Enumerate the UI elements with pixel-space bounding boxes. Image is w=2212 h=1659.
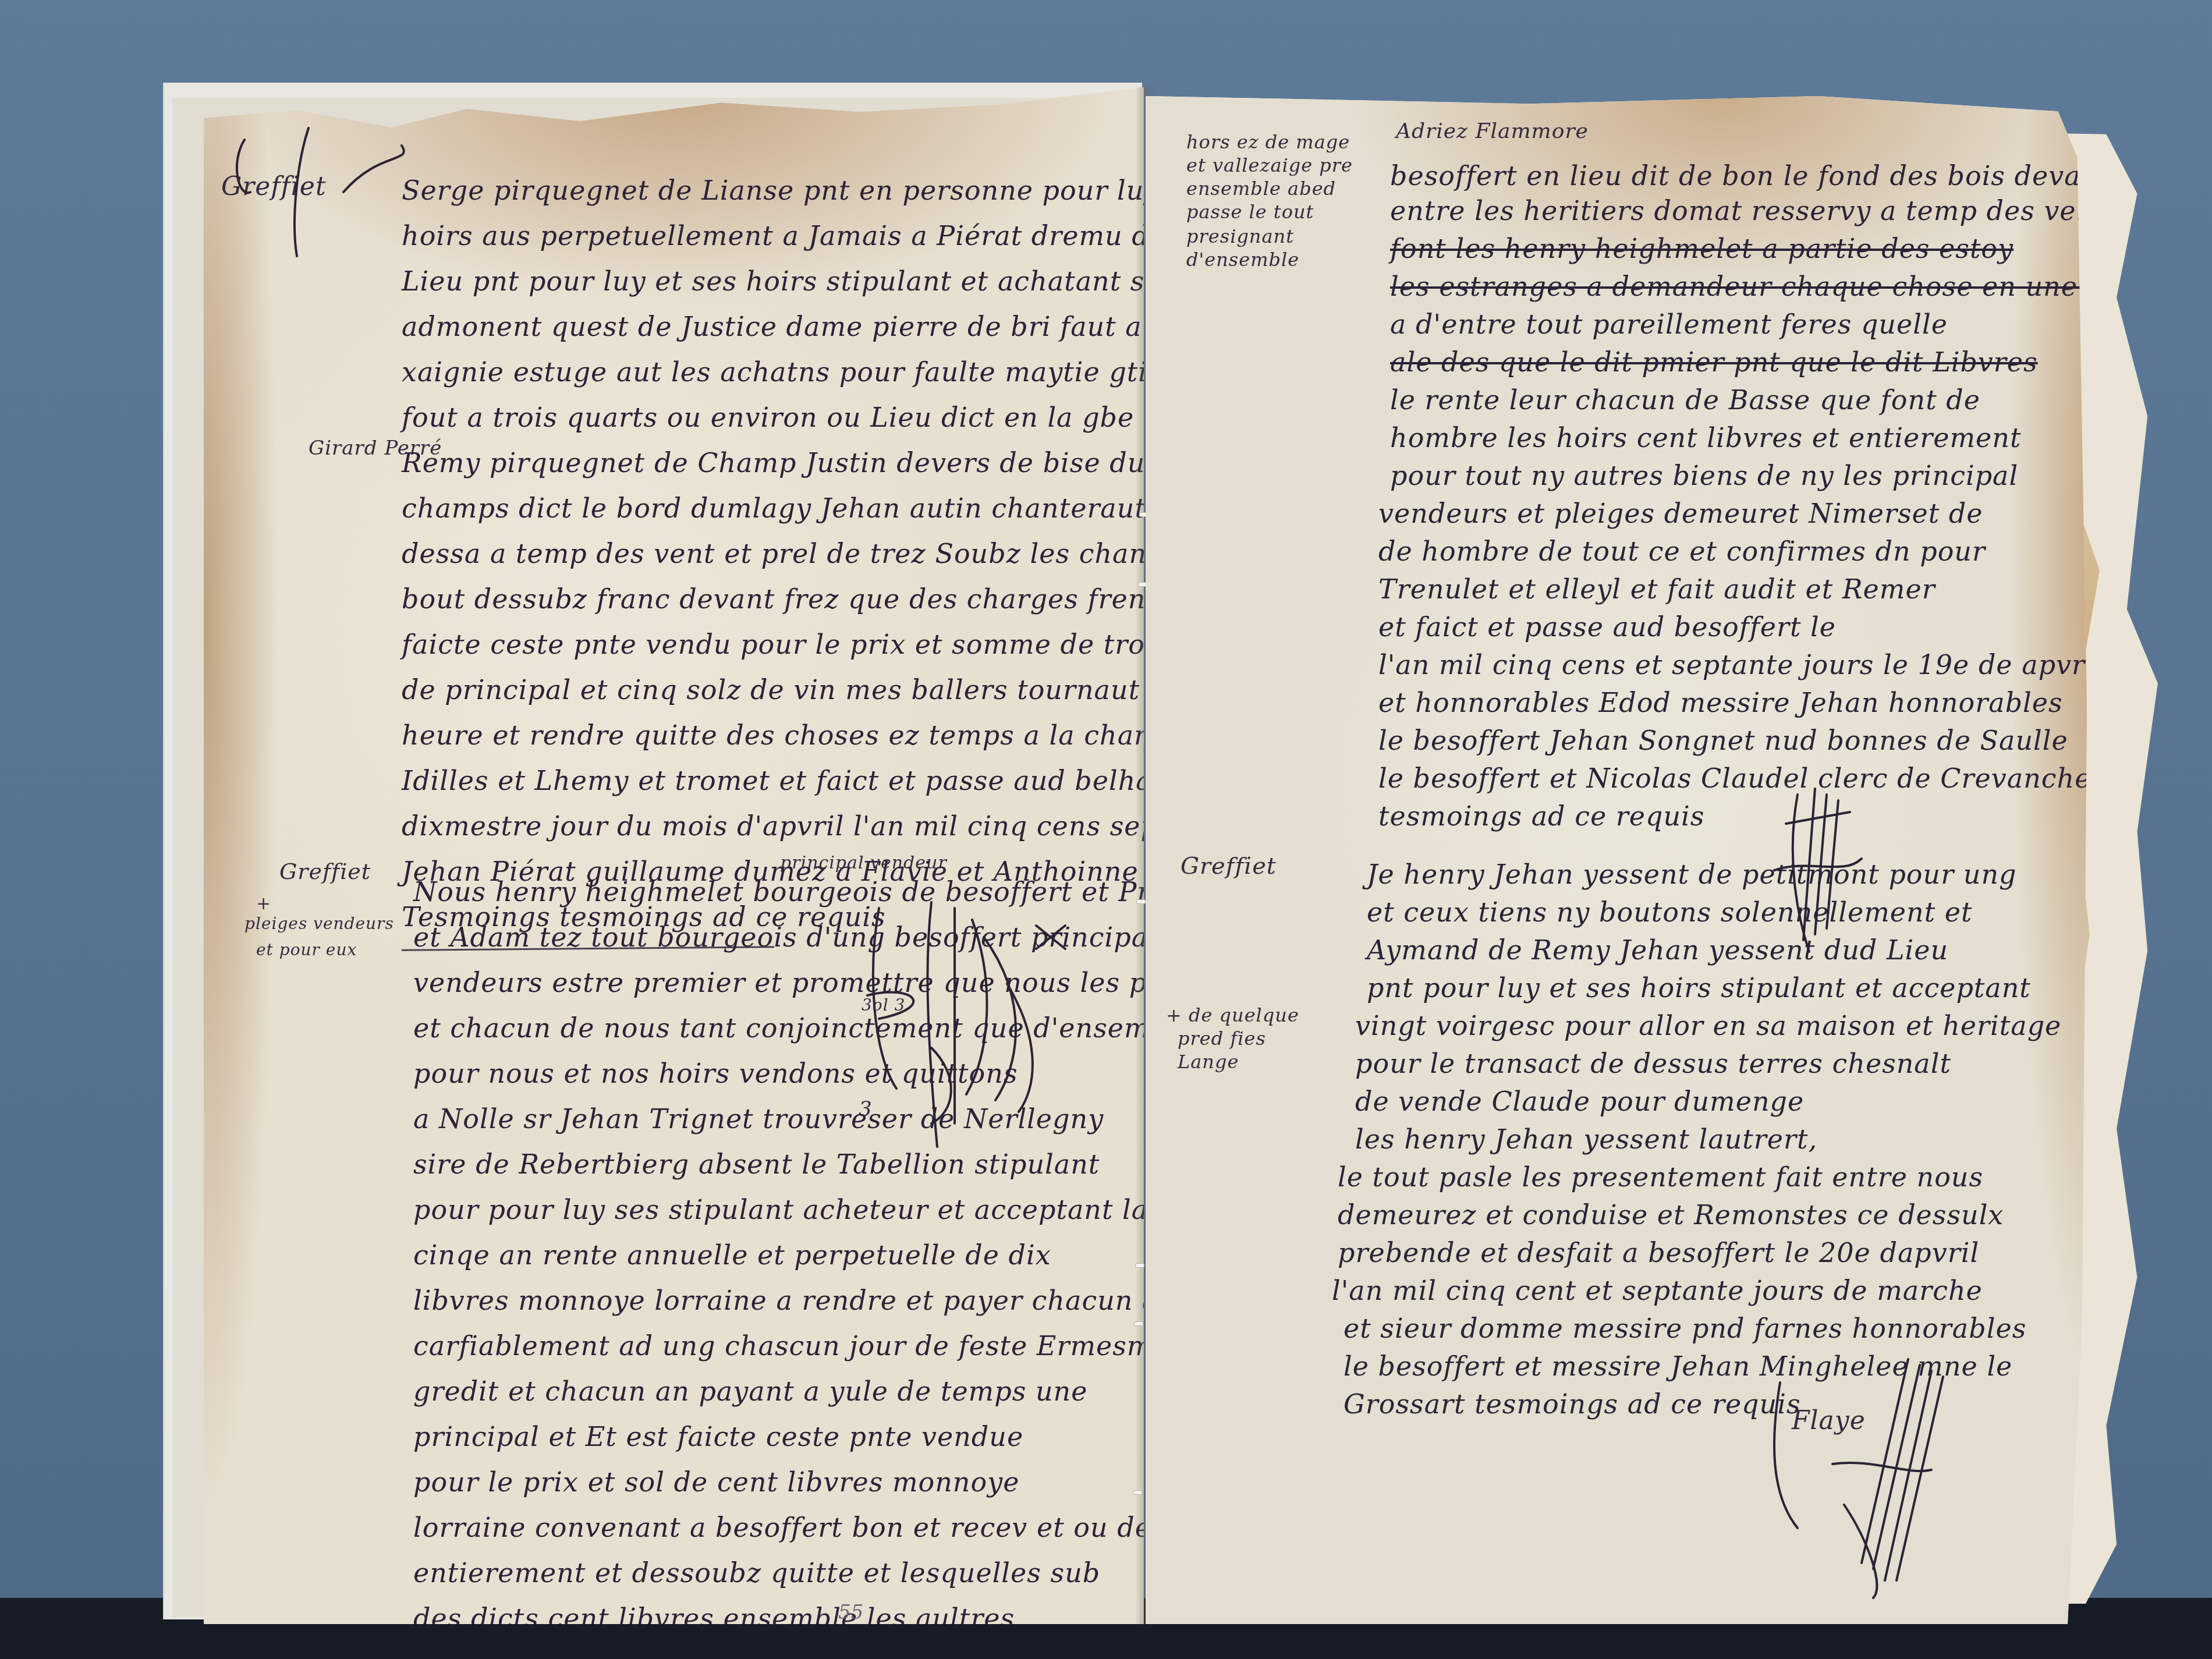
binding-stitch: [1133, 1490, 1142, 1495]
text-line: de principal et cinq solz de vin mes bal…: [402, 674, 1144, 706]
text-line: hoirs aus perpetuellement a Jamais a Pié…: [402, 220, 1144, 251]
text-line: le besoffert et Nicolas Claudel clerc de…: [1378, 763, 2091, 794]
margin-note: passe le tout: [1186, 201, 1314, 223]
text-line: Remy pirquegnet de Champ Justin devers d…: [402, 447, 1144, 478]
margin-note: hors ez de mage: [1186, 131, 1350, 153]
text-line: hombre les hoirs cent libvres et entiere…: [1390, 422, 2021, 453]
margin-flourish-icon: [227, 128, 402, 279]
text-line: admonent quest de Justice dame pierre de…: [402, 311, 1144, 342]
margin-greffiet-3: Greffiet: [1181, 853, 1277, 880]
folio-number: 55: [838, 1601, 863, 1624]
margin-note: d'ensemble: [1186, 249, 1299, 271]
left-page: Greffiet Girard Perré Serge pirquegnet d…: [204, 87, 1144, 1624]
text-line: tesmoings ad ce requis: [1378, 800, 1704, 832]
text-line: dixmestre jour du mois d'apvril l'an mil…: [402, 810, 1144, 842]
text-line: Serge pirquegnet de Lianse pnt en person…: [402, 175, 1144, 206]
text-line: sire de Rebertbierg absent le Tabellion …: [413, 1148, 1100, 1180]
binding-stitch: [1135, 1263, 1144, 1268]
margin-note-cross: +: [256, 894, 271, 914]
text-line: pour le prix et sol de cent libvres monn…: [413, 1466, 1019, 1498]
notary-signature-icon: [1757, 1359, 1943, 1604]
struck-line: les estranges a demandeur chaque chose e…: [1390, 271, 2106, 302]
struck-line: font les henry heighmelet a partie des e…: [1390, 233, 2014, 264]
text-line: principal et Et est faicte ceste pnte ve…: [413, 1421, 1023, 1452]
text-line: vingt voirgesc pour allor en sa maison e…: [1355, 1010, 2061, 1041]
text-line: le besoffert Jehan Songnet nud bonnes de…: [1378, 725, 2068, 756]
margin-note: Lange: [1178, 1051, 1239, 1073]
text-line: heure et rendre quitte des choses ez tem…: [402, 719, 1144, 751]
text-line: et faict et passe aud besoffert le: [1378, 611, 1836, 643]
text-line: le tout pasle les presentement fait entr…: [1338, 1161, 1983, 1193]
text-line: et sieur domme messire pnd farnes honnor…: [1343, 1313, 2026, 1344]
text-line: Nous henry heighmelet bourgeois de besof…: [413, 876, 1144, 908]
text-line: vendeurs et pleiges demeuret Nimerset de: [1378, 498, 1983, 529]
text-line: prebende et desfait a besoffert le 20e d…: [1338, 1237, 1979, 1268]
text-line: de hombre de tout ce et confirmes dn pou…: [1378, 536, 1986, 567]
text-line: carfiablement ad ung chascun jour de fes…: [413, 1330, 1144, 1362]
text-line: des dicts cent libvres ensemble les ault…: [413, 1603, 1015, 1624]
text-line: l'an mil cinq cens et septante jours le …: [1378, 649, 2103, 680]
binding-stitch: [1134, 1321, 1143, 1326]
text-line: pour tout ny autres biens de ny les prin…: [1390, 460, 2018, 491]
text-line: et ceux tiens ny boutons solennellement …: [1367, 896, 1972, 928]
margin-greffiet-2: Greffiet: [279, 859, 371, 884]
margin-note-pour-eux: et pour eux: [256, 940, 357, 959]
text-line: vendeurs estre premier et promettre que …: [413, 967, 1144, 998]
margin-note-pleiges: pleiges vendeurs: [244, 914, 394, 933]
right-page: hors ez de mage et vallezaige pre ensemb…: [1146, 96, 2106, 1624]
text-line: et honnorables Edod messire Jehan honnor…: [1378, 687, 2063, 718]
margin-note: pred fies: [1178, 1027, 1266, 1050]
text-line: Je henry Jehan yessent de petitmont pour…: [1367, 859, 2016, 890]
margin-note: presignant: [1186, 225, 1294, 247]
struck-line: ale des que le dit pmier pnt que le dit …: [1390, 346, 2038, 378]
text-line: faicte ceste pnte vendu pour le prix et …: [402, 629, 1144, 660]
margin-note: ensemble abed: [1186, 178, 1336, 200]
text-line: de vende Claude pour dumenge: [1355, 1086, 1804, 1117]
text-line: besoffert en lieu dit de bon le fond des…: [1390, 160, 2106, 192]
text-line: xaignie estuge aut les achatns pour faul…: [402, 356, 1144, 388]
text-line: gredit et chacun an payant a yule de tem…: [413, 1376, 1087, 1407]
text-line: lorraine convenant a besoffert bon et re…: [413, 1512, 1144, 1543]
text-line: cinqe an rente annuelle et perpetuelle d…: [413, 1239, 1051, 1271]
text-line: demeurez et conduise et Remonstes ce des…: [1338, 1199, 2004, 1231]
text-line: a Nolle sr Jehan Trignet trouvreser de N…: [413, 1103, 1104, 1135]
interlinear-note: principal vendeur: [780, 853, 947, 873]
text-line: les henry Jehan yessent lautrert,: [1355, 1123, 1817, 1155]
text-line: Lieu pnt pour luy et ses hoirs stipulant…: [402, 265, 1144, 297]
text-line: dessa a temp des vent et prel de trez So…: [402, 538, 1144, 569]
text-line: pour le transact de dessus terres chesna…: [1355, 1048, 1951, 1079]
entry-header: Adriez Flammore: [1396, 119, 1589, 143]
text-line: entre les heritiers domat resservy a tem…: [1390, 195, 2106, 226]
text-line: l'an mil cinq cent et septante jours de …: [1332, 1275, 1983, 1306]
text-line: pour nous et nos hoirs vendons et quitto…: [413, 1058, 1018, 1089]
text-line: pour pour luy ses stipulant acheteur et …: [413, 1194, 1144, 1225]
text-line: entierement et dessoubz quitte et lesque…: [413, 1557, 1100, 1589]
binding-stitch: [1136, 899, 1146, 904]
text-line: pnt pour luy et ses hoirs stipulant et a…: [1367, 972, 2031, 1004]
text-line: et chacun de nous tant conjoinctement qu…: [413, 1012, 1144, 1044]
text-line: Idilles et Lhemy et tromet et faict et p…: [402, 765, 1144, 796]
text-line: le rente leur chacun de Basse que font d…: [1390, 384, 1980, 416]
text-line: bout dessubz franc devant frez que des c…: [402, 583, 1144, 615]
text-line: et Adam tez tout bourgeois d'ung besoffe…: [413, 921, 1144, 953]
text-line: libvres monnoye lorraine a rendre et pay…: [413, 1285, 1144, 1316]
text-line: a d'entre tout pareillement feres quelle: [1390, 309, 1948, 340]
text-line: Trenulet et elleyl et fait audit et Reme…: [1378, 573, 1936, 605]
margin-note: et vallezaige pre: [1186, 154, 1353, 176]
text-line: fout a trois quarts ou environ ou Lieu d…: [402, 402, 1144, 433]
text-line: Aymand de Remy Jehan yessent dud Lieu: [1367, 934, 1948, 966]
margin-note: + de quelque: [1166, 1004, 1299, 1026]
text-line: Grossart tesmoings ad ce requis: [1343, 1388, 1801, 1420]
text-line: champs dict le bord dumlagy Jehan autin …: [402, 492, 1144, 524]
